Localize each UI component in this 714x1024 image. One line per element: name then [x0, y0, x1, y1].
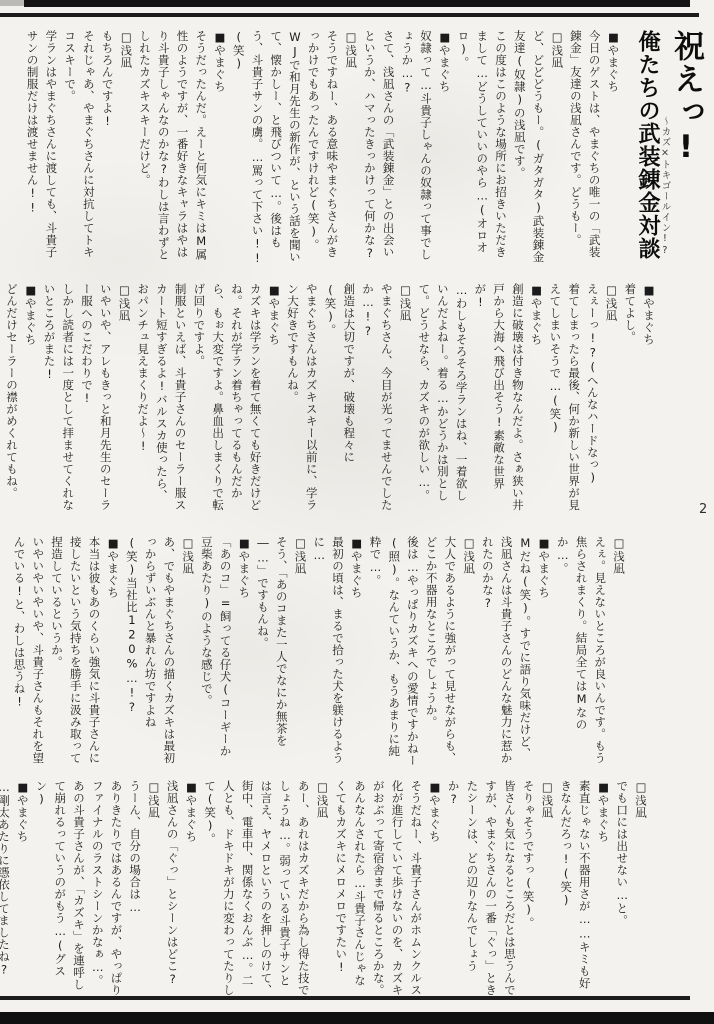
dialogue-band-4: □浅凪でも口には出せない…と。■やまぐち素直じゃない不器用さが……キミも好きなん… [28, 780, 650, 996]
dialogue-text: 着てよし。 [621, 283, 640, 513]
dialogue-text: 後は…やっぱりカズキへの愛情ですかねー(照)。なんていうか、もうあまりに純粋で…… [366, 536, 422, 768]
speaker-label: □浅凪 [396, 283, 415, 513]
speaker-label: □浅凪 [341, 30, 360, 266]
dialogue-text: あんなんされたら…斗貴子さんじゃなくてもカズキにメロメロですたい! [332, 780, 369, 996]
speaker-label: □浅凪 [631, 780, 650, 996]
dialogue-text: 素直じゃない不器用さが……キミも好きなんだろっ!(笑) [556, 780, 593, 996]
dialogue-text: そうだったんだ。えーと何気にキミはM属性のようですが、一番好きなキャラはやはり斗… [135, 30, 210, 266]
dialogue-text: そうですねー、ある意味やまぐちさんがきっかけでもあったんですけれど(笑)。 [304, 30, 341, 266]
dialogue-text: 「あのコ」=飼ってる仔犬(コーギーか豆柴あたり)のような感じで。 [197, 536, 234, 768]
speaker-label: ■やまぐち [235, 536, 254, 768]
dialogue-text: 奴隷って…斗貴子しゃんの奴隷って事でしょうか…? [398, 30, 435, 266]
speaker-label: □浅凪 [178, 536, 197, 768]
speaker-label: □浅凪 [609, 536, 628, 768]
article-title: 祝えっ! 〜カズ×トキゴールイン!? 俺たちの武装錬金対談 [634, 30, 702, 266]
dialogue-text: そう、「あのコまた一人でなにか無茶を―…」ですもんね。 [253, 536, 290, 768]
dialogue-text: そうだねー、斗貴子さんがホムンクルス化が進行していて歩けないのを、カズキがおぶっ… [369, 780, 425, 996]
speaker-label: □浅凪 [602, 283, 621, 513]
dialogue-text: Mだね(笑)。すでに語り気味だけど、浅凪さんは斗貴子さんのどんな魅力に惹かれたの… [478, 536, 534, 768]
speaker-label: ■やまぐち [21, 283, 40, 513]
speaker-label: □浅凪 [291, 536, 310, 768]
speaker-label: ■やまぐち [210, 30, 229, 266]
dialogue-text: 最初の頃は、まるで拾った犬を躾けるように… [310, 536, 347, 768]
speaker-label: ■やまぐち [347, 536, 366, 768]
dialogue-text: いやいやいやいや、斗貴子さんもそれを望んでいる!と、わしは思うね! [10, 536, 47, 768]
dialogue-text: 制服といえば、斗貴子さんのセーラー服スカート短すぎるよ!バルスカ使ったら、おパン… [133, 283, 189, 513]
speaker-label: □浅凪 [115, 283, 134, 513]
dialogue-band-3: □浅凪えぇ。見えないところが良いんです。もう焦らされまくり。結局全てはMなのか…… [28, 536, 628, 768]
speaker-label: ■やまぐち [103, 536, 122, 768]
speaker-label: ■やまぐち [639, 283, 658, 513]
dialogue-text: やまぐちさんはカズキスキー以前に、学ラン大好きですもんね。 [283, 283, 320, 513]
dialogue-text: えぇーっ!?(へんなハードなっ) [583, 283, 602, 513]
speaker-label: ■やまぐち [435, 30, 454, 266]
dialogue-text: 創造に破壊は付き物なんだよ。さぁ狭い井戸から大海へ飛び出そう!素敵な世界が! [471, 283, 527, 513]
dialogue-text: もちろんですよ! [98, 30, 117, 266]
dialogue-text: いやいや、アレもきっと和月先生のセーラー服へのこだわりで! [77, 283, 114, 513]
page-number: 2 [699, 502, 707, 517]
top-black-bar [24, 0, 690, 7]
dialogue-text: …わしもそろそろ学ランはね、一着欲しいんだよねー。着る…かどうかは別として。どう… [414, 283, 470, 513]
scanned-interview-page: 祝えっ! 〜カズ×トキゴールイン!? 俺たちの武装錬金対談 ■やまぐち今日のゲス… [0, 0, 714, 1024]
speaker-label: ■やまぐち [604, 30, 623, 266]
dialogue-text: 浅凪さんの「ぐっ」とシーンはどこ? [163, 780, 182, 996]
speaker-label: ■やまぐち [265, 283, 284, 513]
dialogue-text: ありきたりではあるんですが、やっぱりファイナルのラストシーンかなぁ…。あの斗貴子… [32, 780, 126, 996]
dialogue-text: あ、でもやまぐちさんの描くカズキは最初っからずいぶんと暴れん坊ですよね(笑)当社… [122, 536, 178, 768]
text-row-1: 祝えっ! 〜カズ×トキゴールイン!? 俺たちの武装錬金対談 ■やまぐち今日のゲス… [28, 30, 702, 266]
speaker-label: ■やまぐち [534, 536, 553, 768]
dialogue-text: この度はこのような場所にお招きいただきまして…どうしていいのやら…(オロオロ)。 [454, 30, 510, 266]
scan-smudge [0, 0, 26, 6]
dialogue-text: さて、浅凪さんの「武装錬金」との出会いというか、ハマったきっかけって何かな? [360, 30, 397, 266]
dialogue-text: どんだけセーラーの襟がめくれてもね。 [2, 283, 21, 513]
dialogue-text: 創造は大切ですが、破壊も程々に(笑)。 [321, 283, 358, 513]
dialogue-text: 本当は彼もあのくらい強気に斗貴子さんに接したいという気持ちを勝手に汲み取って捏造… [47, 536, 103, 768]
dialogue-text: あー、あれはカズキだから為し得た技でしょうね…。弱っている斗貴子サンとは言え、ヤ… [200, 780, 312, 996]
dialogue-text: うーん、自分の場合は… [125, 780, 144, 996]
dialogue-band-1: ■やまぐち今日のゲストは、やまぐちの唯一の「武装錬金」友達の浅凪さんです。どうも… [23, 30, 623, 266]
dialogue-text: 学ランはやまぐちさんに渡しても、斗貴子サンの制服だけは渡せません!! [23, 30, 60, 266]
bottom-rule [0, 996, 690, 1000]
speaker-label: □浅凪 [459, 536, 478, 768]
dialogue-text: カズキは学ランを着て無くても好きだけどね。それが学ラン着ちゃってるもんだから、も… [190, 283, 265, 513]
dialogue-text: えぇ。見えないところが良いんです。もう焦らされまくり。結局全てはMなのか…。 [553, 536, 609, 768]
dialogue-text: ど、どどどうもー。(ガタガタ)武装錬金友達(奴隷)の浅凪です。 [510, 30, 547, 266]
speaker-label: □浅凪 [144, 780, 163, 996]
speaker-label: ■やまぐち [527, 283, 546, 513]
dialogue-text: WJで和月先生の新作が、という話を聞いて、懐かしー、と飛びついて…。後はもう、斗… [229, 30, 304, 266]
dialogue-text: …剛太あたりに憑依してましたね?(笑) [0, 780, 13, 996]
speaker-label: □浅凪 [313, 780, 332, 996]
dialogue-text: それじゃあ、やまぐちさんに対抗してトキコスキーで。 [60, 30, 97, 266]
dialogue-text: 皆さんも気になるところだとは思うんですが、やまぐちさんの一番「ぐっ」ときたシーン… [444, 780, 519, 996]
dialogue-text: 大人であるように強がって見せながらも、どこか不器用なところでしょうか。 [422, 536, 459, 768]
title-line-2: 俺たちの武装錬金対談 [634, 30, 659, 266]
speaker-label: ■やまぐち [425, 780, 444, 996]
speaker-label: □浅凪 [538, 780, 557, 996]
top-rule [0, 13, 699, 17]
title-line-1: 祝えっ! [669, 30, 702, 266]
speaker-label: □浅凪 [547, 30, 566, 266]
speaker-label: ■やまぐち [182, 780, 201, 996]
bottom-black-bar [0, 1012, 714, 1024]
dialogue-text: やまぐちさん、今目が光ってませんでしたか…!? [358, 283, 395, 513]
speaker-label: □浅凪 [117, 30, 136, 266]
dialogue-band-2: ■やまぐち着てよし。□浅凪えぇーっ!?(へんなハードなっ)着てしまったら最後、何… [28, 283, 658, 513]
speaker-label: ■やまぐち [594, 780, 613, 996]
dialogue-text: 着てしまったら最後、何か新しい世界が見えてしまいそうで…(笑) [546, 283, 583, 513]
dialogue-text: そりゃそうですっ(笑)。 [519, 780, 538, 996]
dialogue-text: でも口には出せない…と。 [613, 780, 632, 996]
dialogue-text: しかし読者には一度として拝ませてくれないところがまた! [40, 283, 77, 513]
dialogue-text: 今日のゲストは、やまぐちの唯一の「武装錬金」友達の浅凪さんです。どうもー。 [566, 30, 603, 266]
speaker-label: ■やまぐち [13, 780, 32, 996]
